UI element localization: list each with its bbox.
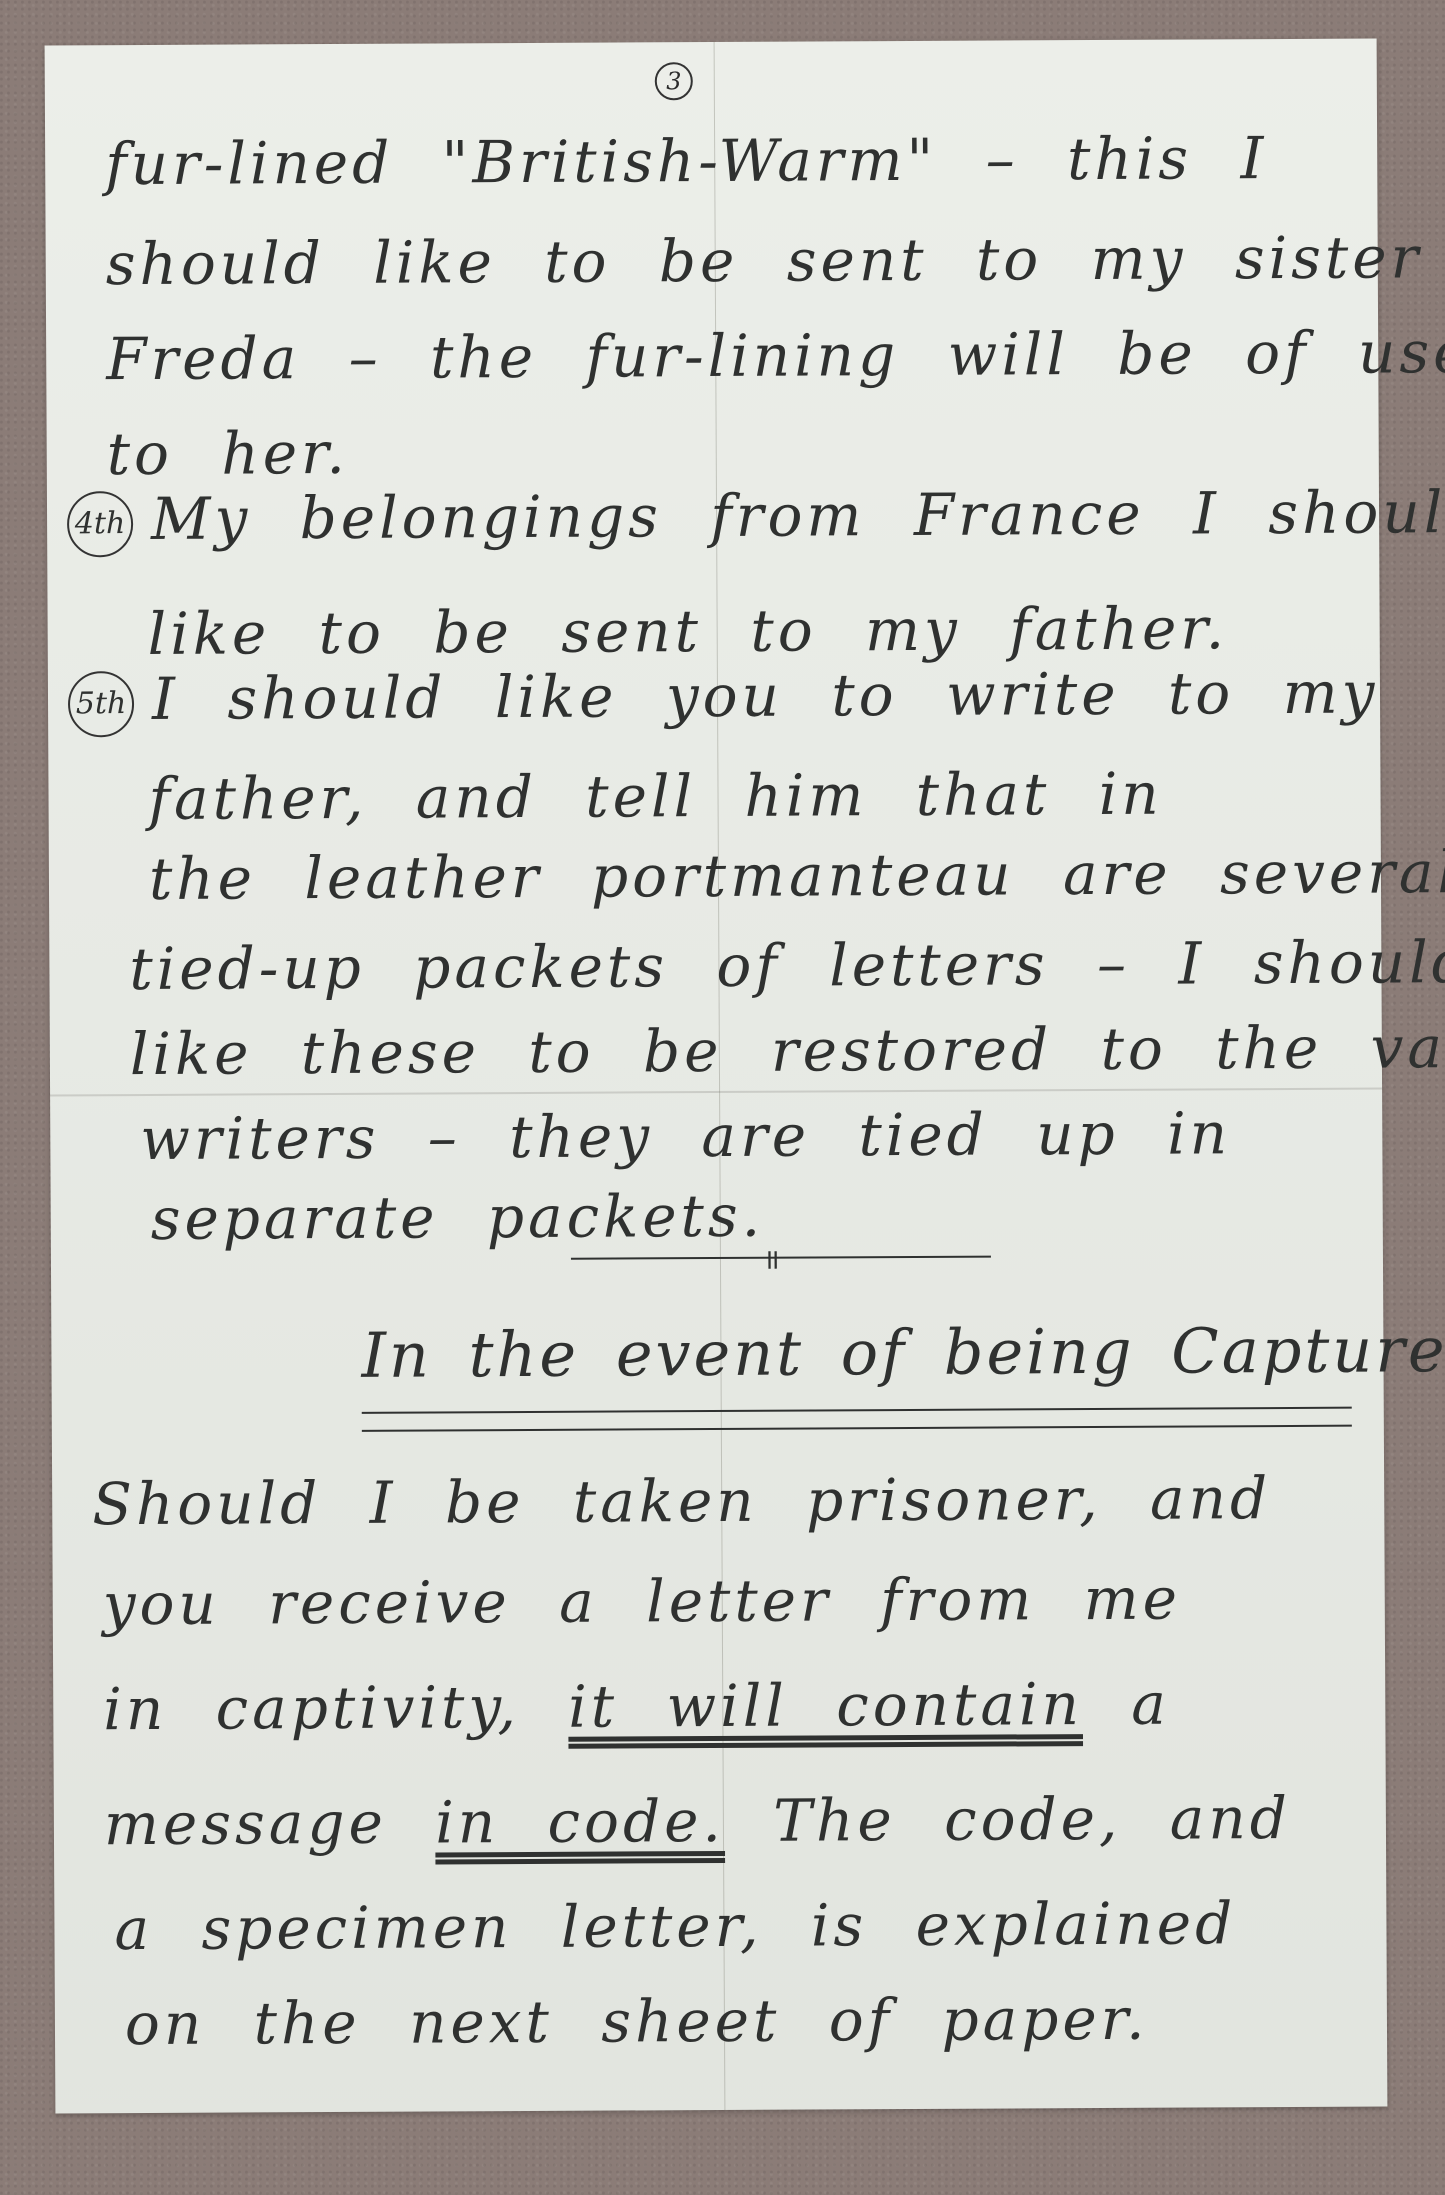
text-line: message in code. The code, and	[104, 1784, 1291, 1858]
text-line: like these to be restored to the various	[130, 1012, 1445, 1088]
underlined-text: in code.	[435, 1787, 725, 1857]
text-line: writers – they are tied up in	[140, 1099, 1231, 1173]
text-line: you receive a letter from me	[103, 1565, 1182, 1639]
text-line: Should I be taken prisoner, and	[92, 1464, 1271, 1538]
text-line: separate packets.	[151, 1182, 765, 1253]
text-line: father, and tell him that in	[148, 760, 1162, 833]
heading-double-underline	[362, 1407, 1352, 1432]
text-line: I should like you to write to my	[152, 659, 1379, 733]
text-line: to her.	[107, 419, 349, 488]
page-number-circle: 3	[655, 62, 693, 100]
text-line: should like to be sent to my sister	[106, 223, 1423, 298]
item-number-circle: 5th	[68, 671, 134, 737]
text-line: on the next sheet of paper.	[125, 1985, 1149, 2058]
underlined-text: it will contain	[568, 1670, 1083, 1741]
text-fragment: a	[1131, 1670, 1170, 1738]
text-fragment: in captivity,	[103, 1673, 520, 1743]
letter-page: 3 fur-lined "British-Warm" – this I shou…	[45, 39, 1388, 2114]
item-number-circle: 4th	[67, 491, 133, 557]
item-4-line: 4thMy belongings from France I should	[67, 478, 1445, 557]
text-line: My belongings from France I should	[151, 478, 1445, 553]
text-fragment: The code, and	[773, 1784, 1291, 1855]
text-line: in captivity, it will contain a	[103, 1670, 1170, 1744]
horizontal-fold	[50, 1088, 1382, 1097]
text-line: Freda – the fur-lining will be of use	[106, 318, 1445, 393]
text-line: the leather portmanteau are several	[149, 838, 1445, 913]
item-5-line: 5thI should like you to write to my	[68, 659, 1379, 738]
divider-mark: ॥	[763, 1240, 780, 1278]
section-heading: In the event of being Captured	[361, 1313, 1445, 1392]
section-divider	[571, 1256, 991, 1260]
text-line: tied-up packets of letters – I should	[129, 928, 1445, 1003]
text-line: like to be sent to my father.	[147, 594, 1228, 668]
text-line: a specimen letter, is explained	[114, 1889, 1236, 1963]
text-fragment: message	[104, 1789, 387, 1858]
text-line: fur-lined "British-Warm" – this I	[105, 124, 1268, 198]
